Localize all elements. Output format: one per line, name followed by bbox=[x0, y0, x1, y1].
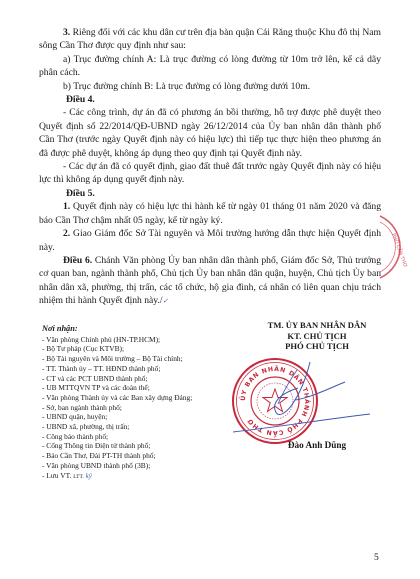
signature-line-3: PHÓ CHỦ TỊCH bbox=[232, 341, 402, 352]
article-5-paragraph-2: 2. Giao Giám đốc Sở Tài nguyên và Môi tr… bbox=[39, 227, 381, 254]
recipient-item: - Văn phòng UBND thành phố (3B); bbox=[42, 461, 232, 471]
clause-text: Giao Giám đốc Sở Tài nguyên và Môi trườn… bbox=[39, 228, 381, 252]
svg-text:PHỐ CẦN THƠ: PHỐ CẦN THƠ bbox=[390, 232, 410, 268]
recipient-item-archive: - Lưu VT. LTT. ký bbox=[42, 471, 232, 483]
recipient-item: - Văn phòng Thành ủy và các Ban xây dựng… bbox=[42, 393, 232, 403]
handwritten-initial-icon: ✓ bbox=[163, 297, 169, 305]
article-6: Điều 6. Chánh Văn phòng Ủy ban nhân dân … bbox=[39, 254, 381, 309]
document-page: 3. Riêng đối với các khu dân cư trên địa… bbox=[0, 0, 420, 579]
recipient-item: - TT. Thành ủy – TT. HĐND thành phố; bbox=[42, 364, 232, 374]
recipient-item: - Văn phòng Chính phủ (HN-TP.HCM); bbox=[42, 335, 232, 345]
recipient-item: - Bộ Tư pháp (Cục KTVB); bbox=[42, 344, 232, 354]
article-5-paragraph-1: 1. Quyết định này có hiệu lực thi hành k… bbox=[39, 200, 381, 227]
article-4-heading: Điều 4. bbox=[66, 93, 381, 106]
signature-line-1: TM. ỦY BAN NHÂN DÂN bbox=[232, 320, 402, 331]
recipients-title: Nơi nhận: bbox=[42, 324, 232, 334]
handwritten-initial-icon: ký bbox=[86, 472, 92, 480]
article-6-heading: Điều 6. bbox=[63, 255, 92, 266]
signer-name: Đào Anh Dũng bbox=[232, 440, 402, 450]
recipient-item: - UBND xã, phường, thị trấn; bbox=[42, 422, 232, 432]
recipients-list: Nơi nhận: - Văn phòng Chính phủ (HN-TP.H… bbox=[42, 324, 232, 482]
signature-line-2: KT. CHỦ TỊCH bbox=[232, 331, 402, 342]
svg-text:ỦY BAN NHÂN DÂN THÀNH PHỐ CẦN: ỦY BAN NHÂN DÂN THÀNH PHỐ CẦN THƠ bbox=[237, 364, 312, 439]
archive-label: - Lưu VT. bbox=[42, 471, 71, 480]
document-body: 3. Riêng đối với các khu dân cư trên địa… bbox=[39, 26, 381, 309]
article-4-paragraph-2: - Các dự án đã có quyết định, giao đất t… bbox=[39, 160, 381, 187]
article-5-heading: Điều 5. bbox=[66, 187, 381, 200]
recipient-item: - Báo Cần Thơ, Đài PT-TH thành phố; bbox=[42, 451, 232, 461]
official-seal-icon: ỦY BAN NHÂN DÂN THÀNH PHỐ CẦN THƠ bbox=[231, 357, 319, 445]
recipient-item: - Bộ Tài nguyên và Môi trường – Bộ Tài c… bbox=[42, 354, 232, 364]
clause-3b: b) Trục đường chính B: Là trục đường có … bbox=[39, 80, 381, 93]
recipient-item: - CT và các PCT UBND thành phố; bbox=[42, 374, 232, 384]
recipient-item: - UB MTTQVN TP và các đoàn thể; bbox=[42, 383, 232, 393]
clause-3a: a) Trục đường chính A: Là trục đường có … bbox=[39, 53, 381, 80]
archive-code: LTT. bbox=[73, 474, 84, 480]
recipient-item: - Sở, ban ngành thành phố; bbox=[42, 403, 232, 413]
clause-text: Riêng đối với các khu dân cư trên địa bà… bbox=[39, 27, 381, 51]
signature-block: TM. ỦY BAN NHÂN DÂN KT. CHỦ TỊCH PHÓ CHỦ… bbox=[232, 320, 402, 352]
recipient-item: - Công báo thành phố; bbox=[42, 432, 232, 442]
page-edge-seal-icon: PHỐ CẦN THƠ bbox=[378, 212, 418, 282]
recipient-item: - Cổng Thông tin Điện tử thành phố; bbox=[42, 441, 232, 451]
article-4-paragraph-1: - Các công trình, dự án đã có phương án … bbox=[39, 106, 381, 160]
clause-3: 3. Riêng đối với các khu dân cư trên địa… bbox=[39, 26, 381, 53]
clause-text: Quyết định này có hiệu lực thi hành kể t… bbox=[39, 201, 381, 225]
page-number: 5 bbox=[374, 553, 379, 563]
recipient-item: - UBND quận, huyện; bbox=[42, 412, 232, 422]
